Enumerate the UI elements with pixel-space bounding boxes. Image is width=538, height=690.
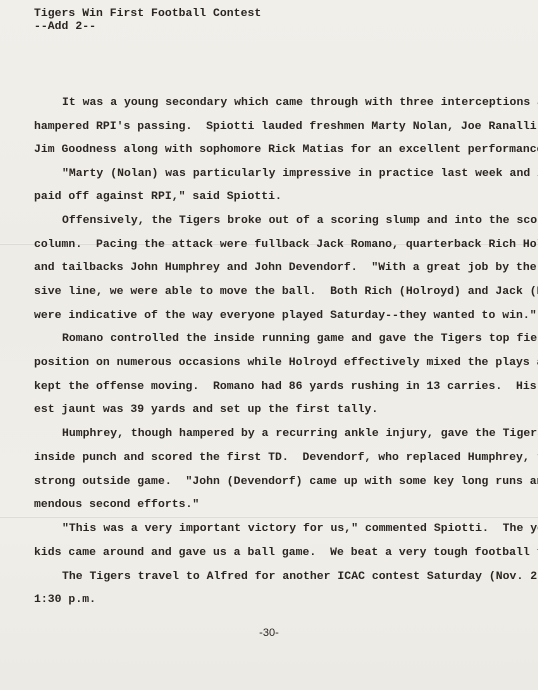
body-line: mendous second efforts." [34, 498, 199, 512]
document-title: Tigers Win First Football Contest [34, 8, 261, 21]
end-mark: -30- [0, 627, 538, 639]
body-line: It was a young secondary which came thro… [62, 96, 538, 110]
body-line: kids came around and gave us a ball game… [34, 546, 538, 560]
body-line: sive line, we were able to move the ball… [34, 285, 538, 299]
document-header: Tigers Win First Football Contest --Add … [34, 8, 261, 34]
body-line: and tailbacks John Humphrey and John Dev… [34, 261, 538, 275]
body-line: "This was a very important victory for u… [62, 522, 538, 536]
body-line: strong outside game. "John (Devendorf) c… [34, 475, 538, 489]
body-line: position on numerous occasions while Hol… [34, 356, 538, 370]
paper-fold-line [0, 516, 538, 518]
body-line: 1:30 p.m. [34, 593, 96, 607]
body-line: Humphrey, though hampered by a recurring… [62, 427, 538, 441]
body-line: were indicative of the way everyone play… [34, 309, 537, 323]
body-line: hampered RPI's passing. Spiotti lauded f… [34, 120, 538, 134]
body-line: inside punch and scored the first TD. De… [34, 451, 538, 465]
document-subtitle: --Add 2-- [34, 21, 261, 34]
body-line: paid off against RPI," said Spiotti. [34, 190, 282, 204]
typewritten-page: Tigers Win First Football Contest --Add … [0, 0, 538, 690]
body-line: est jaunt was 39 yards and set up the fi… [34, 403, 378, 417]
body-line: column. Pacing the attack were fullback … [34, 238, 538, 252]
body-line: kept the offense moving. Romano had 86 y… [34, 380, 538, 394]
body-line: Romano controlled the inside running gam… [62, 332, 538, 346]
body-line: The Tigers travel to Alfred for another … [62, 570, 538, 584]
body-line: Jim Goodness along with sophomore Rick M… [34, 143, 538, 157]
body-line: "Marty (Nolan) was particularly impressi… [62, 167, 538, 181]
body-line: Offensively, the Tigers broke out of a s… [62, 214, 538, 228]
